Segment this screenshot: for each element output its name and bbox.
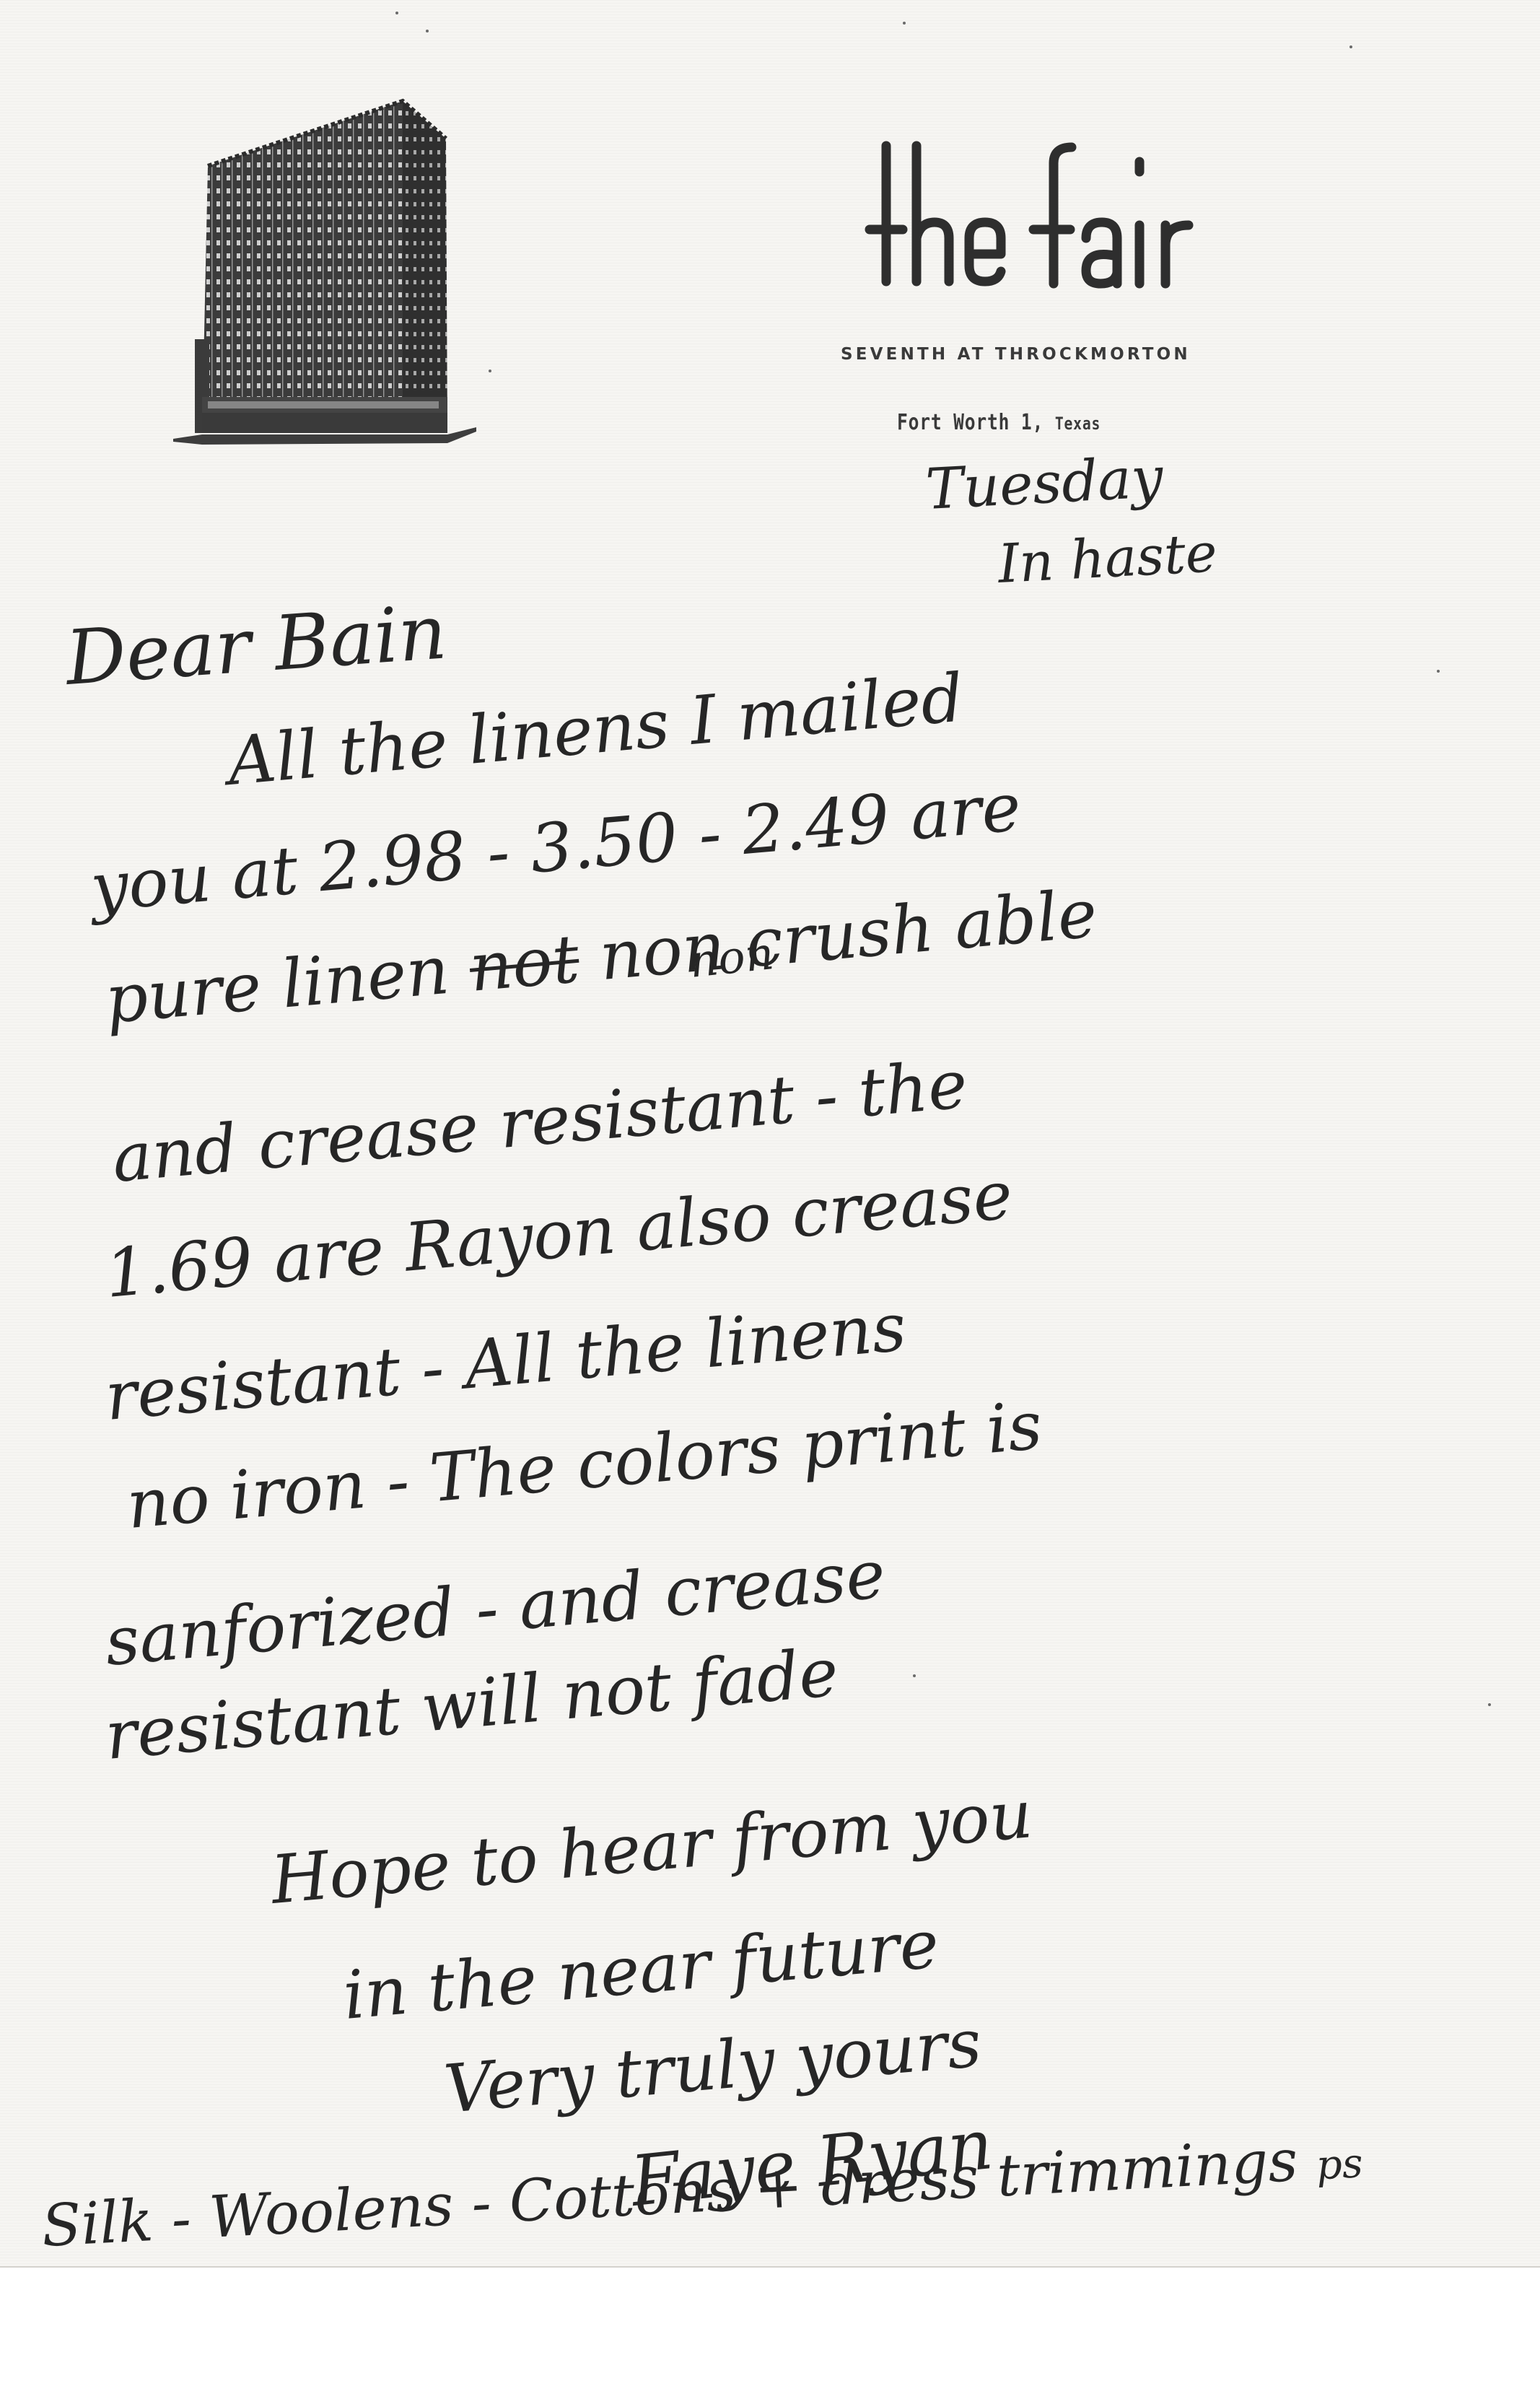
- letter-scan: the fair SEVENTH AT THROCKMORTON Fort Wo…: [0, 0, 1540, 2391]
- the-fair-logo: the fair: [862, 137, 1202, 292]
- struck-word: not: [466, 920, 582, 1007]
- address-city-name: Fort Worth 1,: [897, 410, 1044, 435]
- store-building-icon: [173, 94, 491, 455]
- logo-text: the fair: [862, 137, 896, 140]
- address-state: Texas: [1055, 414, 1101, 434]
- postscript-mark: ps: [1315, 2140, 1364, 2189]
- date-note: In haste: [997, 526, 1218, 591]
- address-street: SEVENTH AT THROCKMORTON: [841, 345, 1227, 364]
- address-city: Fort Worth 1, Texas: [897, 410, 1122, 435]
- date-day: Tuesday: [924, 450, 1165, 518]
- inserted-word: non: [687, 927, 776, 988]
